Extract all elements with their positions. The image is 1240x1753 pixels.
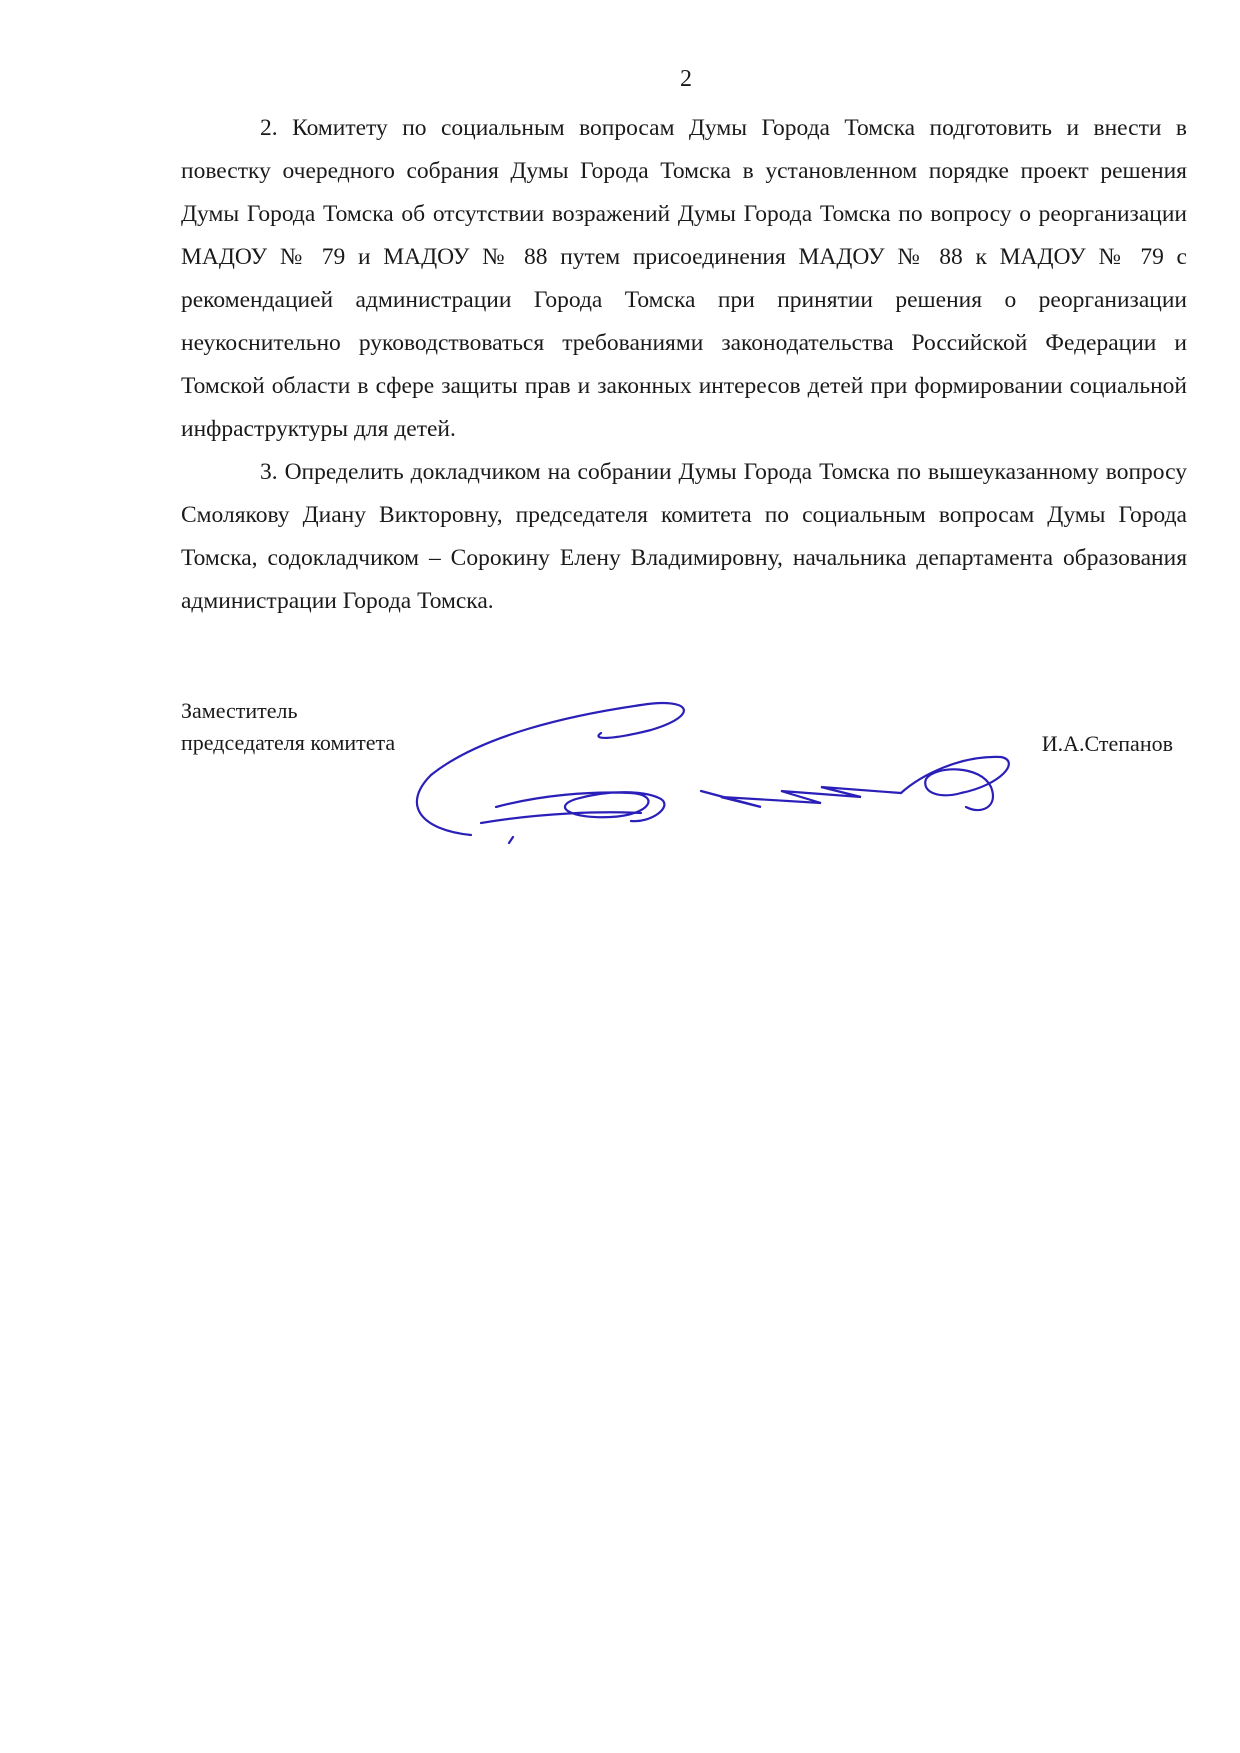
signatory-title: Заместитель председателя комитета [181, 695, 395, 759]
page-number: 2 [0, 66, 1240, 93]
paragraph-3: 3. Определить докладчиком на собрании Ду… [181, 451, 1187, 623]
signatory-name: И.А.Степанов [1042, 728, 1173, 760]
handwritten-signature-icon [401, 695, 1021, 845]
paragraph-2: 2. Комитету по социальным вопросам Думы … [181, 107, 1187, 451]
document-body: 2. Комитету по социальным вопросам Думы … [181, 107, 1187, 623]
signatory-title-line2: председателя комитета [181, 727, 395, 759]
signature-block: Заместитель председателя комитета И.А.Ст… [181, 695, 1187, 845]
signatory-title-line1: Заместитель [181, 695, 395, 727]
